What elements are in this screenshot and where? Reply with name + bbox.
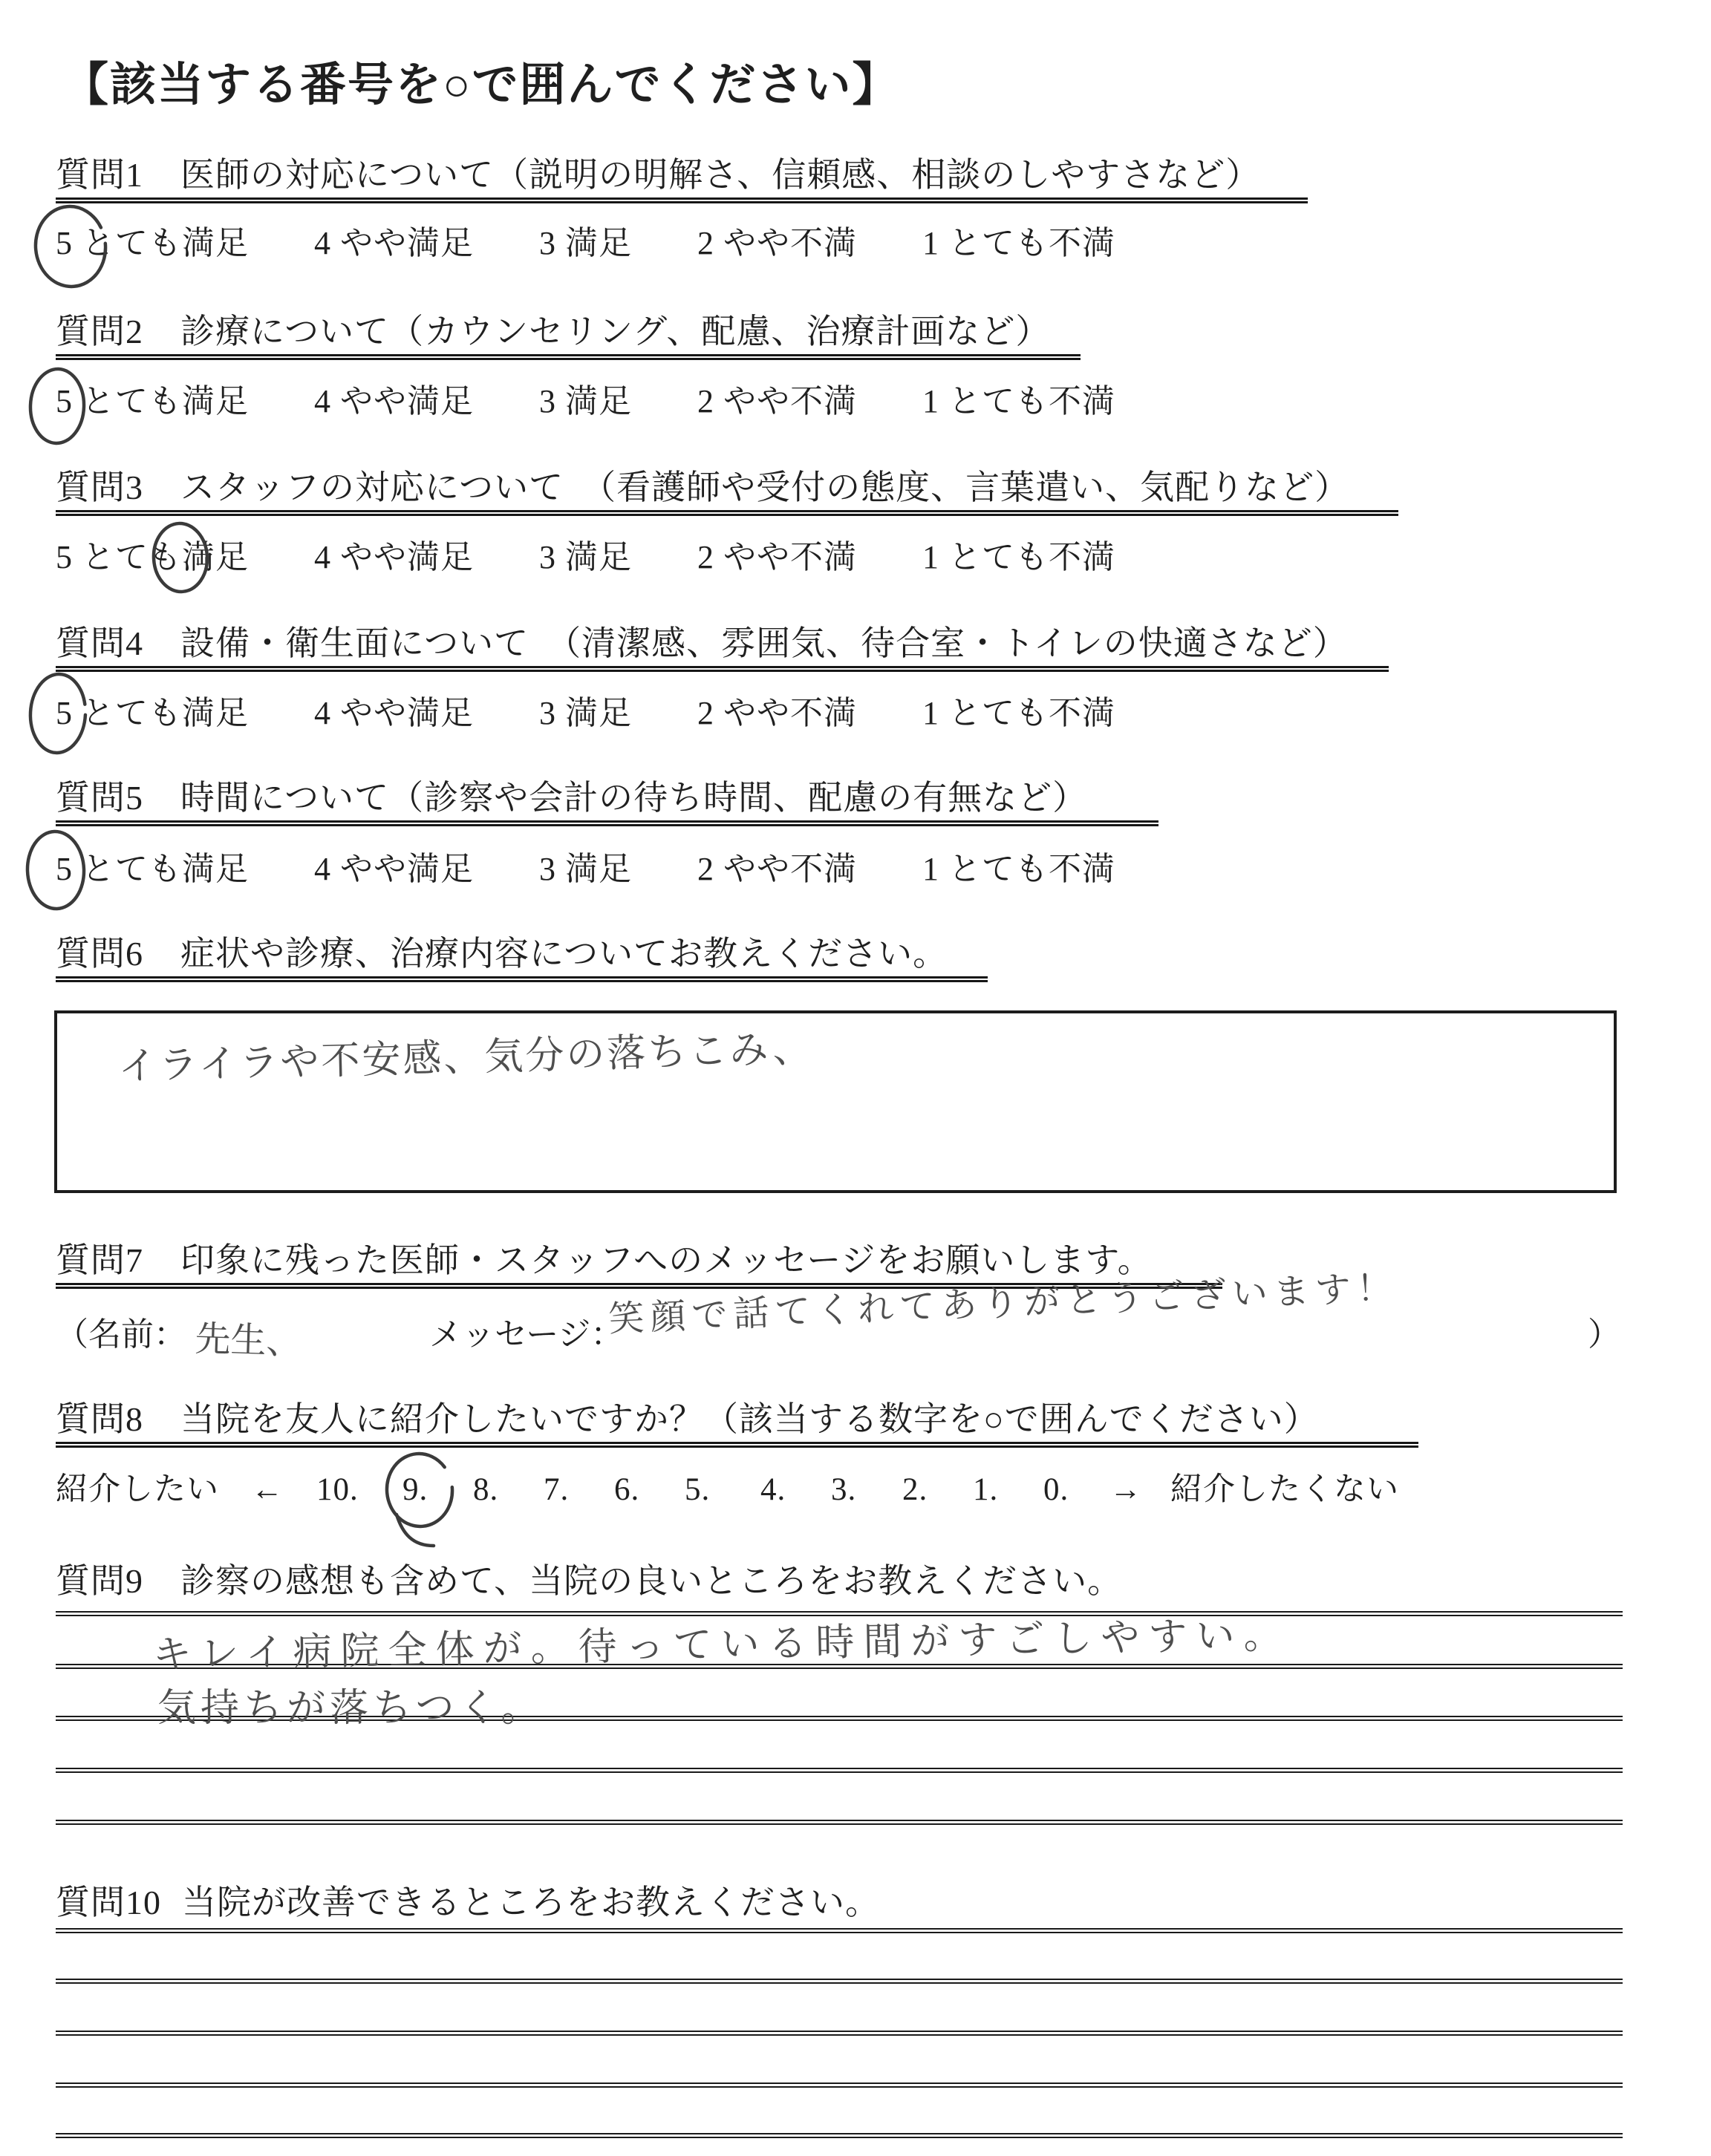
question-3-option-row: 5 とても満足 4 やや満足 3 満足 2 やや不満 1 とても不満 bbox=[56, 539, 1115, 576]
q7-name-label: （名前： bbox=[56, 1316, 186, 1354]
ruled-line-q10-2 bbox=[56, 1979, 1623, 1984]
question-4-number: 質問4 bbox=[56, 624, 143, 662]
q3-option-1: 1 とても不満 bbox=[922, 539, 1115, 576]
handwritten-answer-q9-line2: 気持ちが落ちつく。 bbox=[157, 1676, 544, 1732]
q8-number-2: 2. bbox=[902, 1471, 928, 1509]
q1-option-2: 2 やや不満 bbox=[697, 225, 857, 262]
q5-option-5: 5 とても満足 bbox=[56, 851, 249, 888]
handwritten-name-q7: 先生、 bbox=[195, 1310, 303, 1365]
question-1-heading: 質問1医師の対応について（説明の明解さ、信頼感、相談のしやすさなど） bbox=[56, 156, 1308, 203]
q3-option-5: 5 とても満足 bbox=[56, 539, 249, 576]
q5-option-3: 3 満足 bbox=[539, 851, 632, 888]
scanned-survey-form: { "form": { "title": "【該当する番号を○で囲んでください】… bbox=[0, 0, 1711, 2156]
question-1-title: 医師の対応について（説明の明解さ、信頼感、相談のしやすさなど） bbox=[180, 156, 1260, 194]
question-2-heading: 質問2診療について（カウンセリング、配慮、治療計画など） bbox=[56, 313, 1081, 360]
ruled-line-q9-5 bbox=[56, 1820, 1623, 1825]
question-3-number: 質問3 bbox=[56, 468, 143, 506]
question-10-title: 当院が改善できるところをお教えください。 bbox=[182, 1884, 880, 1921]
q3-option-3: 3 満足 bbox=[539, 539, 632, 576]
question-3-title: スタッフの対応について （看護師や受付の態度、言葉遣い、気配りなど） bbox=[180, 468, 1349, 506]
right-arrow-icon: → bbox=[1109, 1471, 1142, 1509]
question-4-heading: 質問4設備・衛生面について （清潔感、雰囲気、待合室・トイレの快適さなど） bbox=[56, 624, 1389, 672]
q4-option-4: 4 やや満足 bbox=[314, 695, 474, 732]
q7-closing-paren: ） bbox=[1588, 1316, 1620, 1354]
form-title: 【該当する番号を○で囲んでください】 bbox=[62, 48, 899, 114]
q1-option-4: 4 やや満足 bbox=[314, 225, 474, 262]
q4-option-2: 2 やや不満 bbox=[697, 695, 857, 732]
question-5-title: 時間について（診察や会計の待ち時間、配慮の有無など） bbox=[180, 779, 1087, 817]
question-9-number: 質問9 bbox=[56, 1562, 143, 1600]
q2-option-1: 1 とても不満 bbox=[922, 383, 1115, 420]
question-2-number: 質問2 bbox=[56, 313, 143, 350]
q8-number-1: 1. bbox=[973, 1471, 998, 1509]
question-7-title: 印象に残った医師・スタッフへのメッセージをお願いします。 bbox=[180, 1241, 1153, 1279]
q3-option-4: 4 やや満足 bbox=[314, 539, 474, 576]
q8-number-7: 7. bbox=[544, 1471, 569, 1509]
q1-option-3: 3 満足 bbox=[539, 225, 632, 262]
q5-option-2: 2 やや不満 bbox=[697, 851, 857, 888]
q8-number-0: 0. bbox=[1043, 1471, 1069, 1509]
ruled-line-q9-4 bbox=[56, 1768, 1623, 1773]
question-4-option-row: 5 とても満足 4 やや満足 3 満足 2 やや不満 1 とても不満 bbox=[56, 695, 1115, 732]
q3-option-2: 2 やや不満 bbox=[697, 539, 857, 576]
question-6-heading: 質問6症状や診療、治療内容についてお教えください。 bbox=[56, 935, 988, 982]
q4-option-3: 3 満足 bbox=[539, 695, 632, 732]
question-8-heading: 質問8当院を友人に紹介したいですか？（該当する数字を○で囲んでください） bbox=[56, 1400, 1418, 1448]
q8-number-8: 8. bbox=[473, 1471, 498, 1509]
q2-option-2: 2 やや不満 bbox=[697, 383, 857, 420]
question-9-heading: 質問9診察の感想も含めて、当院の良いところをお教えください。 bbox=[56, 1562, 1122, 1604]
q7-message-label: メッセージ： bbox=[429, 1316, 623, 1354]
question-7-number: 質問7 bbox=[56, 1241, 143, 1279]
question-5-option-row: 5 とても満足 4 やや満足 3 満足 2 やや不満 1 とても不満 bbox=[56, 851, 1115, 888]
question-6-number: 質問6 bbox=[56, 935, 143, 973]
question-9-title: 診察の感想も含めて、当院の良いところをお教えください。 bbox=[180, 1562, 1122, 1600]
q8-number-10: 10. bbox=[316, 1471, 359, 1509]
q2-option-3: 3 満足 bbox=[539, 383, 632, 420]
q8-number-5: 5. bbox=[685, 1471, 710, 1509]
question-8-title: 当院を友人に紹介したいですか？（該当する数字を○で囲んでください） bbox=[180, 1400, 1319, 1438]
question-2-option-row: 5 とても満足 4 やや満足 3 満足 2 やや不満 1 とても不満 bbox=[56, 383, 1115, 420]
q8-scale-right-label: 紹介したくない bbox=[1170, 1471, 1399, 1509]
question-1-number: 質問1 bbox=[56, 156, 143, 194]
circle-annotation-q8-tail bbox=[397, 1515, 434, 1546]
question-2-title: 診療について（カウンセリング、配慮、治療計画など） bbox=[180, 313, 1050, 350]
ruled-line-q10-3 bbox=[56, 2031, 1623, 2036]
q8-number-9: 9. bbox=[403, 1471, 428, 1509]
q4-option-1: 1 とても不満 bbox=[922, 695, 1115, 732]
q5-option-1: 1 とても不満 bbox=[922, 851, 1115, 888]
question-4-title: 設備・衛生面について （清潔感、雰囲気、待合室・トイレの快適さなど） bbox=[180, 624, 1348, 662]
q4-option-5: 5 とても満足 bbox=[56, 695, 249, 732]
q1-option-5: 5 とても満足 bbox=[56, 225, 249, 262]
question-10-number: 質問10 bbox=[56, 1884, 161, 1921]
question-3-heading: 質問3スタッフの対応について （看護師や受付の態度、言葉遣い、気配りなど） bbox=[56, 468, 1398, 516]
question-5-heading: 質問5時間について（診察や会計の待ち時間、配慮の有無など） bbox=[56, 779, 1158, 826]
q8-number-4: 4. bbox=[760, 1471, 786, 1509]
question-10-heading: 質問10当院が改善できるところをお教えください。 bbox=[56, 1884, 880, 1925]
q5-option-4: 4 やや満足 bbox=[314, 851, 474, 888]
q8-number-3: 3. bbox=[831, 1471, 856, 1509]
ruled-line-q10-4 bbox=[56, 2082, 1623, 2088]
q2-option-4: 4 やや満足 bbox=[314, 383, 474, 420]
question-1-option-row: 5 とても満足 4 やや満足 3 満足 2 やや不満 1 とても不満 bbox=[56, 225, 1115, 262]
ruled-line-q10-5 bbox=[56, 2133, 1623, 2138]
q1-option-1: 1 とても不満 bbox=[922, 225, 1115, 262]
question-8-number: 質問8 bbox=[56, 1400, 143, 1438]
question-5-number: 質問5 bbox=[56, 779, 143, 817]
q8-number-6: 6. bbox=[614, 1471, 639, 1509]
ruled-line-q10-1 bbox=[56, 1928, 1623, 1933]
question-6-title: 症状や診療、治療内容についてお教えください。 bbox=[180, 935, 948, 973]
q2-option-5: 5 とても満足 bbox=[56, 383, 249, 420]
q8-scale-left-label: 紹介したい bbox=[56, 1471, 219, 1509]
left-arrow-icon: ← bbox=[251, 1471, 284, 1509]
